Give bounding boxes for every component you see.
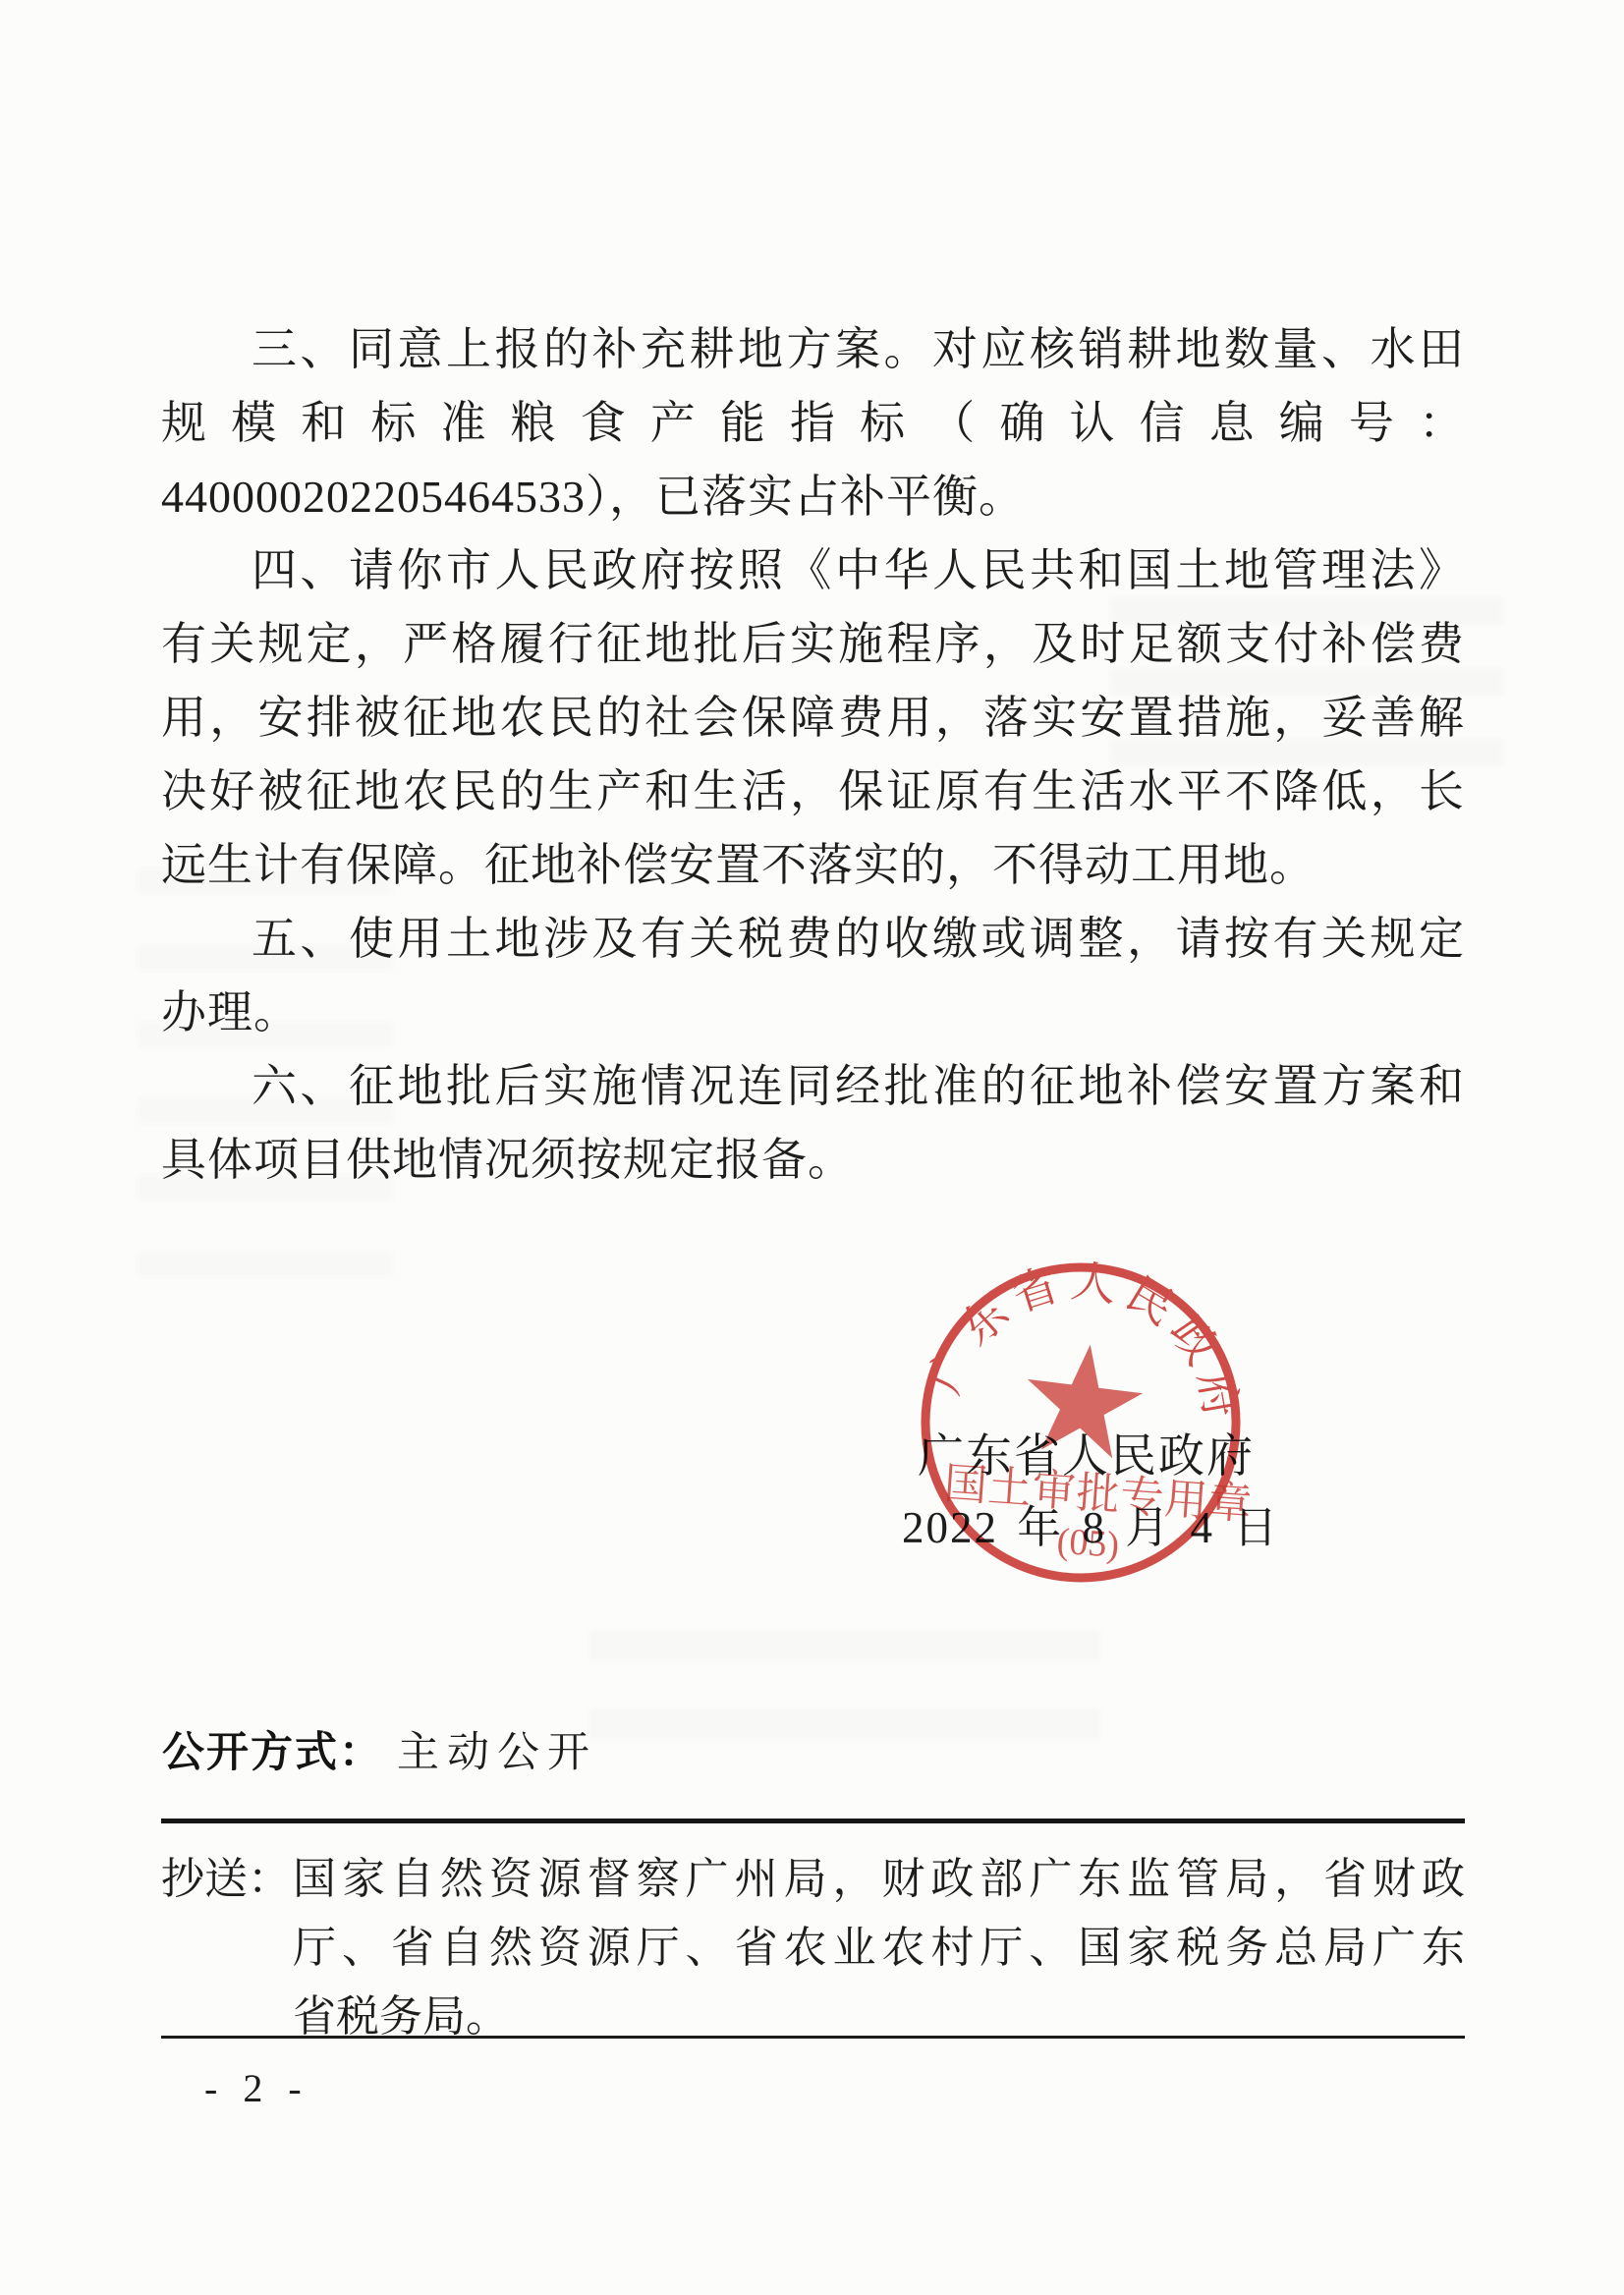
cc-row: 抄送： 国家自然资源督察广州局，财政部广东监管局，省财政 厅、省自然资源厅、省农…: [161, 1845, 1465, 2051]
body-line: 决好被征地农民的生产和生活，保证原有生活水平不降低，长: [161, 755, 1465, 828]
body-line: 具体项目供地情况须按规定报备。: [161, 1123, 1465, 1197]
cc-line: 国家自然资源督察广州局，财政部广东监管局，省财政: [293, 1845, 1465, 1914]
page-number: - 2 -: [204, 2065, 306, 2111]
cc-line: 厅、省自然资源厅、省农业农村厅、国家税务总局广东: [293, 1914, 1465, 1983]
seal-inner-text: 国土审批专用章: [942, 1460, 1250, 1530]
body-line: 有关规定，严格履行征地批后实施程序，及时足额支付补偿费: [161, 607, 1465, 681]
disclosure-row: 公开方式：主动公开: [162, 1719, 597, 1779]
disclosure-value: 主动公开: [397, 1730, 597, 1776]
body-line: 用，安排被征地农民的社会保障费用，落实安置措施，妥善解: [161, 681, 1465, 755]
body-line: 四、请你市人民政府按照《中华人民共和国土地管理法》: [161, 533, 1465, 607]
body-line: 440000202205464533），已落实占补平衡。: [161, 460, 1465, 533]
document-page: 三、同意上报的补充耕地方案。对应核销耕地数量、水田 规模和标准粮食产能指标（确认…: [0, 0, 1624, 2295]
divider-bottom: [161, 2036, 1465, 2039]
seal-inner-number: (05): [1055, 1521, 1120, 1566]
cc-content: 国家自然资源督察广州局，财政部广东监管局，省财政 厅、省自然资源厅、省农业农村厅…: [293, 1845, 1465, 2051]
scan-artifact: [589, 1592, 1100, 1739]
official-seal: 广东省人民政府 国土审批专用章 (05): [912, 1254, 1250, 1592]
body-line: 远生计有保障。征地补偿安置不落实的，不得动工用地。: [161, 828, 1465, 902]
disclosure-label: 公开方式：: [162, 1729, 383, 1776]
seal-star-icon: [1020, 1337, 1148, 1461]
body-line: 规模和标准粮食产能指标（确认信息编号：: [161, 386, 1465, 460]
divider-top: [161, 1819, 1465, 1823]
body-line: 三、同意上报的补充耕地方案。对应核销耕地数量、水田: [161, 312, 1465, 386]
body-line: 六、征地批后实施情况连同经批准的征地补偿安置方案和: [161, 1049, 1465, 1123]
body-line: 办理。: [161, 976, 1465, 1049]
cc-line: 省税务局。: [293, 1983, 1465, 2051]
body-line: 五、使用土地涉及有关税费的收缴或调整，请按有关规定: [161, 902, 1465, 976]
cc-section: 抄送： 国家自然资源督察广州局，财政部广东监管局，省财政 厅、省自然资源厅、省农…: [161, 1819, 1465, 2051]
cc-label: 抄送：: [161, 1845, 293, 2051]
document-body: 三、同意上报的补充耕地方案。对应核销耕地数量、水田 规模和标准粮食产能指标（确认…: [161, 312, 1465, 1197]
